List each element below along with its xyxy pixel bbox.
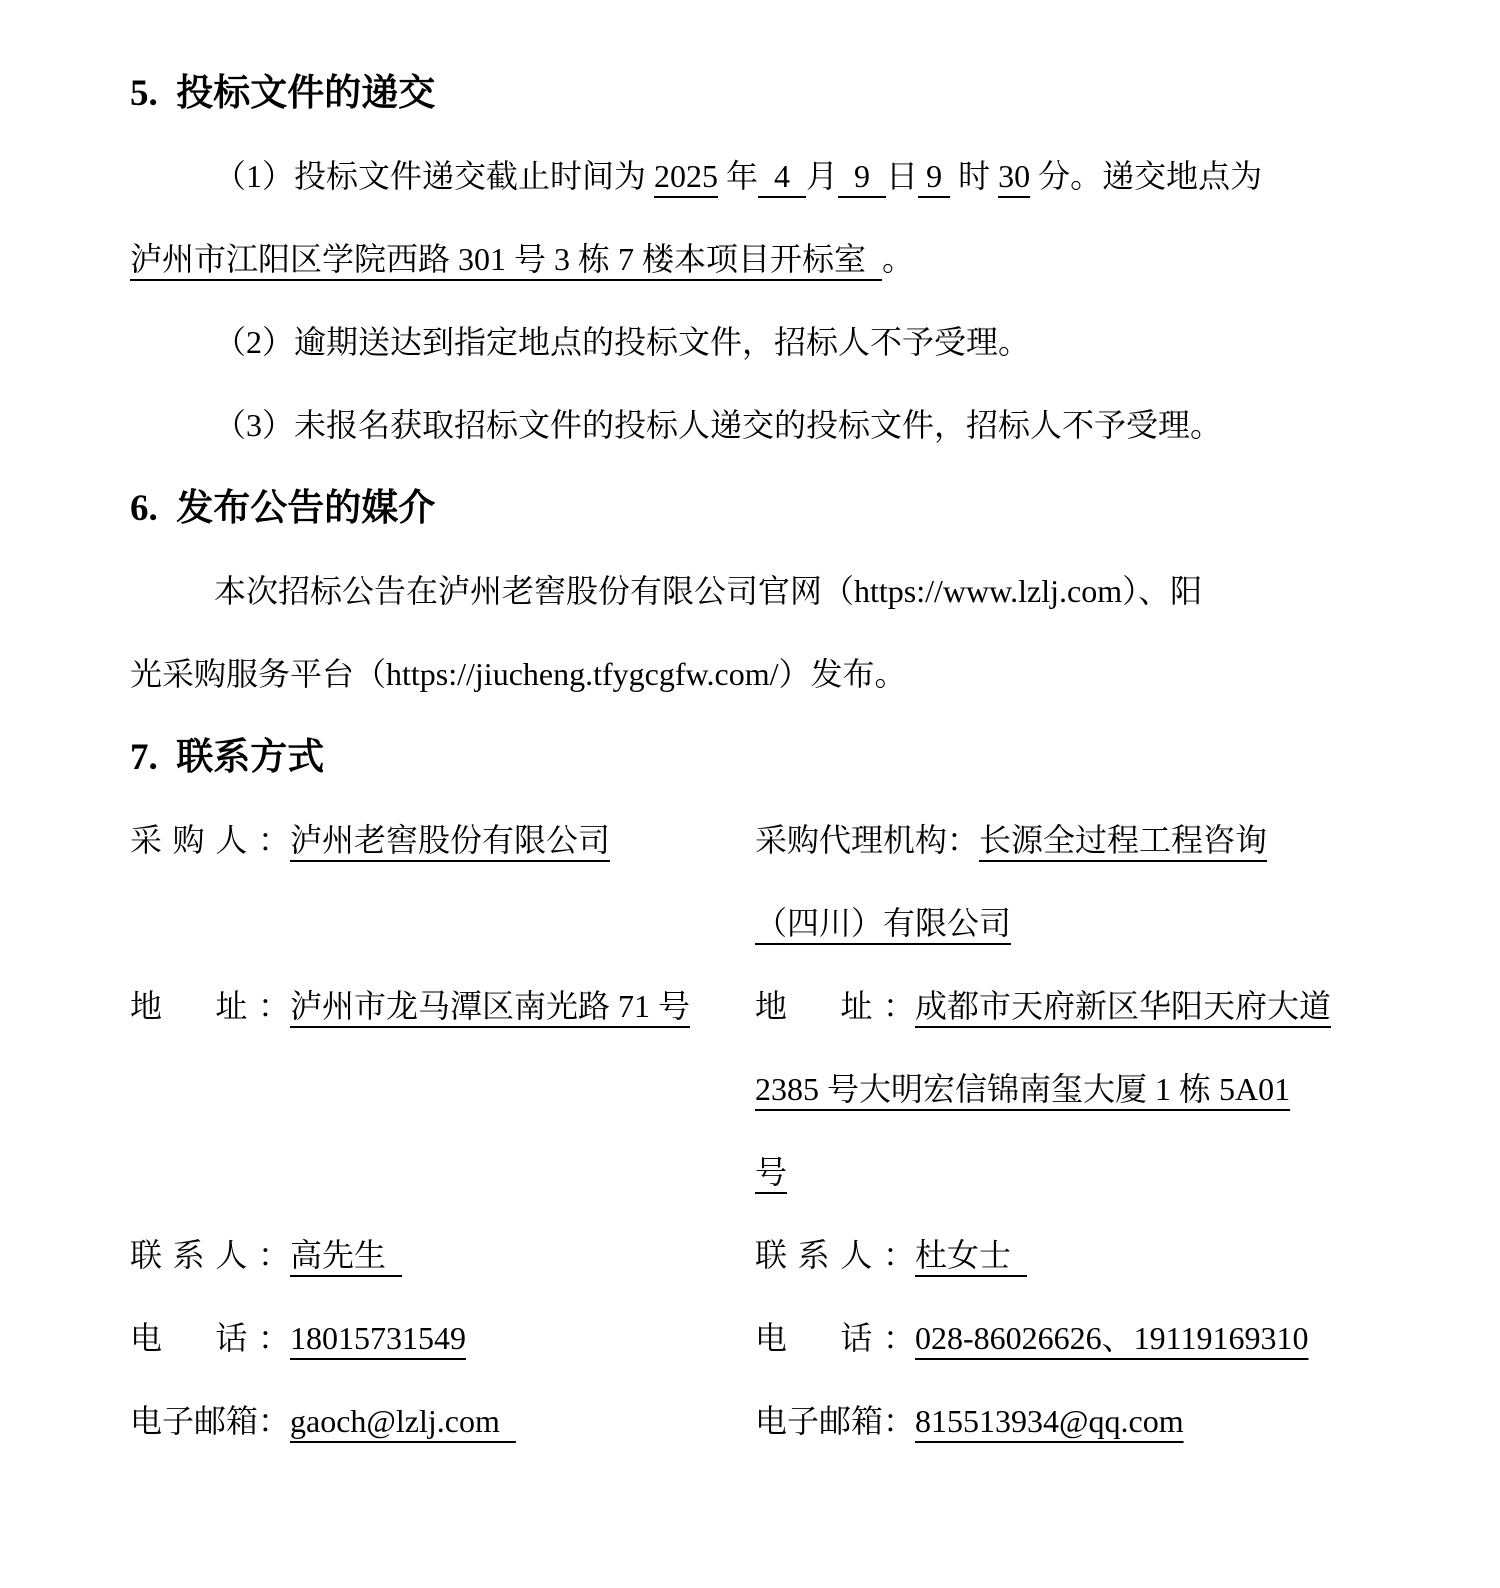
text-line: 联系人：杜女士 xyxy=(755,1214,1390,1297)
text-segment: 号 xyxy=(755,1154,787,1190)
purchaser-address-cell: 地 址：泸州市龙马潭区南光路 71 号 xyxy=(130,965,755,1048)
text-segment: 电 话： xyxy=(755,1297,915,1380)
text-segment: 地 址： xyxy=(755,965,915,1048)
para-submission-deadline: （1）投标文件递交截止时间为 2025 年 4 月 9 日 9 时 30 分。递… xyxy=(130,135,1390,301)
text-segment: 电子邮箱： xyxy=(130,1380,290,1463)
agency-name-cell: 采购代理机构：长源全过程工程咨询（四川）有限公司 xyxy=(755,799,1390,965)
text-segment: （1）投标文件递交截止时间为 xyxy=(214,158,654,194)
para-late-submission: （2）逾期送达到指定地点的投标文件，招标人不予受理。 xyxy=(130,301,1390,384)
text-segment: 815513934@qq.com xyxy=(915,1403,1184,1439)
text-segment: 泸州市江阳区学院西路 301 号 3 栋 7 楼本项目开标室 xyxy=(130,241,882,277)
text-line: 泸州市江阳区学院西路 301 号 3 栋 7 楼本项目开标室 。 xyxy=(130,218,1390,301)
text-segment: 2385 号大明宏信锦南玺大厦 1 栋 5A01 xyxy=(755,1071,1290,1107)
text-line: 电子邮箱：gaoch@lzlj.com xyxy=(130,1380,755,1463)
text-segment: 4 xyxy=(758,158,806,194)
section5-heading: 5. 投标文件的递交 xyxy=(130,52,1390,135)
text-line: 2385 号大明宏信锦南玺大厦 1 栋 5A01 xyxy=(755,1048,1390,1131)
text-line: 联系人：高先生 xyxy=(130,1214,755,1297)
text-segment: 泸州老窖股份有限公司 xyxy=(290,822,610,858)
purchaser-name-cell: 采购人：泸州老窖股份有限公司 xyxy=(130,799,755,882)
text-segment: 日 xyxy=(886,158,918,194)
text-line: 本次招标公告在泸州老窖股份有限公司官网（https://www.lzlj.com… xyxy=(130,550,1390,633)
text-segment: 9 xyxy=(838,158,886,194)
text-segment: 18015731549 xyxy=(290,1320,466,1356)
text-segment: 泸州市龙马潭区南光路 71 号 xyxy=(290,988,690,1024)
text-line: 地 址：泸州市龙马潭区南光路 71 号 xyxy=(130,965,755,1048)
text-segment: 采购代理机构： xyxy=(755,799,979,882)
text-segment: 分。递交地点为 xyxy=(1030,158,1262,194)
agency-contact-person-cell: 联系人：杜女士 xyxy=(755,1214,1390,1297)
text-segment: 电 话： xyxy=(130,1297,290,1380)
text-line: （四川）有限公司 xyxy=(755,882,1390,965)
text-line: 光采购服务平台（https://jiucheng.tfygcgfw.com/）发… xyxy=(130,633,1390,716)
text-segment: gaoch@lzlj.com xyxy=(290,1403,516,1439)
text-segment: 联系人： xyxy=(130,1214,290,1297)
text-line: 地 址：成都市天府新区华阳天府大道 xyxy=(755,965,1390,1048)
text-line: （1）投标文件递交截止时间为 2025 年 4 月 9 日 9 时 30 分。递… xyxy=(130,135,1390,218)
text-line: 采购代理机构：长源全过程工程咨询 xyxy=(755,799,1390,882)
text-segment: 9 xyxy=(918,158,950,194)
text-line: 电子邮箱：815513934@qq.com xyxy=(755,1380,1390,1463)
text-segment: 。 xyxy=(882,241,914,277)
agency-phone-cell: 电 话：028-86026626、19119169310 xyxy=(755,1297,1390,1380)
text-segment: 采购人： xyxy=(130,799,290,882)
agency-address-cell: 地 址：成都市天府新区华阳天府大道2385 号大明宏信锦南玺大厦 1 栋 5A0… xyxy=(755,965,1390,1214)
purchaser-contact-person-cell: 联系人：高先生 xyxy=(130,1214,755,1297)
text-segment: 30 xyxy=(998,158,1030,194)
text-segment: 杜女士 xyxy=(915,1237,1027,1273)
text-line: 号 xyxy=(755,1131,1390,1214)
text-segment: 年 xyxy=(718,158,758,194)
text-segment: 成都市天府新区华阳天府大道 xyxy=(915,988,1331,1024)
text-segment: 光采购服务平台（https://jiucheng.tfygcgfw.com/）发… xyxy=(130,656,907,692)
text-line: 电 话：028-86026626、19119169310 xyxy=(755,1297,1390,1380)
text-segment: 本次招标公告在泸州老窖股份有限公司官网（https://www.lzlj.com… xyxy=(214,573,1202,609)
section6-heading: 6. 发布公告的媒介 xyxy=(130,467,1390,550)
text-segment: 联系人： xyxy=(755,1214,915,1297)
purchaser-email-cell: 电子邮箱：gaoch@lzlj.com xyxy=(130,1380,755,1463)
purchaser-phone-cell: 电 话：18015731549 xyxy=(130,1297,755,1380)
agency-email-cell: 电子邮箱：815513934@qq.com xyxy=(755,1380,1390,1463)
text-line: 电 话：18015731549 xyxy=(130,1297,755,1380)
contact-table: 采购人：泸州老窖股份有限公司 采购代理机构：长源全过程工程咨询（四川）有限公司 … xyxy=(130,799,1390,1463)
section7-heading: 7. 联系方式 xyxy=(130,716,1390,799)
para-unregistered-bidders: （3）未报名获取招标文件的投标人递交的投标文件，招标人不予受理。 xyxy=(130,384,1390,467)
text-segment: 电子邮箱： xyxy=(755,1380,915,1463)
para-announcement-media: 本次招标公告在泸州老窖股份有限公司官网（https://www.lzlj.com… xyxy=(130,550,1390,716)
text-segment: 高先生 xyxy=(290,1237,402,1273)
text-segment: 028-86026626、19119169310 xyxy=(915,1320,1308,1356)
text-segment: （四川）有限公司 xyxy=(755,905,1011,941)
text-segment: 时 xyxy=(950,158,998,194)
text-line: 采购人：泸州老窖股份有限公司 xyxy=(130,799,755,882)
text-segment: 月 xyxy=(806,158,838,194)
text-segment: 长源全过程工程咨询 xyxy=(979,822,1267,858)
text-segment: 地 址： xyxy=(130,965,290,1048)
document-page: 5. 投标文件的递交 （1）投标文件递交截止时间为 2025 年 4 月 9 日… xyxy=(0,0,1500,1588)
text-segment: 2025 xyxy=(654,158,718,194)
